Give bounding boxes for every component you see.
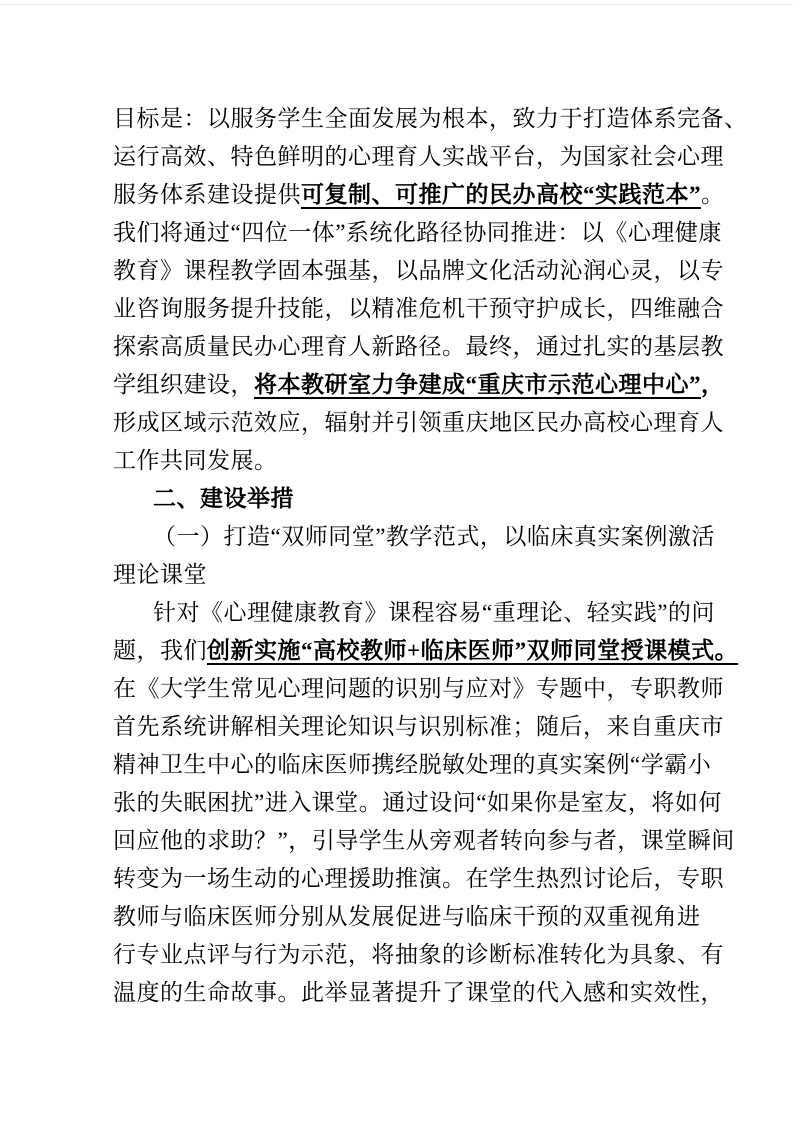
emphasis-segment: 将本教研室力争建成“重庆市示范心理中心”: [254, 372, 701, 397]
text-segment: （一）打造“双师同堂”教学范式，以临床真实案例激活: [153, 524, 715, 549]
text-segment: 。: [701, 182, 725, 207]
text-line: 我们将通过“四位一体”系统化路径协同推进：以《心理健康: [113, 214, 686, 252]
text-line: 形成区域示范效应，辐射并引领重庆地区民办高校心理育人: [113, 404, 686, 442]
text-segment: 业咨询服务提升技能，以精准危机干预守护成长，四维融合: [113, 296, 724, 321]
text-line: 业咨询服务提升技能，以精准危机干预守护成长，四维融合: [113, 290, 686, 328]
text-segment: 我们将通过“四位一体”系统化路径协同推进：以《心理健康: [113, 220, 722, 245]
document-page: 目标是：以服务学生全面发展为根本，致力于打造体系完备、运行高效、特色鲜明的心理育…: [0, 0, 793, 1122]
text-line: （一）打造“双师同堂”教学范式，以临床真实案例激活: [113, 518, 686, 556]
text-segment: 精神卫生中心的临床医师携经脱敏处理的真实案例“学霸小: [113, 752, 711, 777]
text-line: 探索高质量民办心理育人新路径。最终，通过扎实的基层教: [113, 328, 686, 366]
text-line: 在《大学生常见心理问题的识别与应对》专题中，专职教师: [113, 670, 686, 708]
text-line: 回应他的求助？”，引导学生从旁观者转向参与者，课堂瞬间: [113, 822, 686, 860]
text-line: 温度的生命故事。此举显著提升了课堂的代入感和实效性，: [113, 974, 686, 1012]
text-segment: 运行高效、特色鲜明的心理育人实战平台，为国家社会心理: [113, 144, 724, 169]
text-line: 学组织建设，将本教研室力争建成“重庆市示范心理中心”，: [113, 366, 686, 404]
text-segment: 转变为一场生动的心理援助推演。在学生热烈讨论后，专职: [113, 866, 724, 891]
text-line: 张的失眠困扰”进入课堂。通过设问“如果你是室友，将如何: [113, 784, 686, 822]
emphasis-segment: 可复制、可推广的民办高校“实践范本”: [301, 182, 701, 207]
paragraph-dual-teacher: 针对《心理健康教育》课程容易“重理论、轻实践”的问题，我们创新实施“高校教师+临…: [113, 594, 686, 1012]
text-segment: 探索高质量民办心理育人新路径。最终，通过扎实的基层教: [113, 334, 724, 359]
text-segment: 理论课堂: [113, 562, 207, 587]
heading-section-2: 二、建设举措: [113, 480, 686, 518]
subheading-2-1: （一）打造“双师同堂”教学范式，以临床真实案例激活理论课堂: [113, 518, 686, 594]
text-line: 转变为一场生动的心理援助推演。在学生热烈讨论后，专职: [113, 860, 686, 898]
text-line: 理论课堂: [113, 556, 686, 594]
text-line: 目标是：以服务学生全面发展为根本，致力于打造体系完备、: [113, 100, 686, 138]
text-segment: 在《大学生常见心理问题的识别与应对》专题中，专职教师: [113, 676, 724, 701]
paragraph-goals: 目标是：以服务学生全面发展为根本，致力于打造体系完备、运行高效、特色鲜明的心理育…: [113, 100, 686, 480]
emphasis-segment: 二、建设举措: [153, 486, 294, 511]
text-segment: 温度的生命故事。此举显著提升了课堂的代入感和实效性，: [113, 980, 724, 1005]
text-segment: 形成区域示范效应，辐射并引领重庆地区民办高校心理育人: [113, 410, 724, 435]
text-line: 行专业点评与行为示范，将抽象的诊断标准转化为具象、有: [113, 936, 686, 974]
text-line: 服务体系建设提供可复制、可推广的民办高校“实践范本”。: [113, 176, 686, 214]
text-line: 题，我们创新实施“高校教师+临床医师”双师同堂授课模式。: [113, 632, 686, 670]
text-line: 首先系统讲解相关理论知识与识别标准；随后，来自重庆市: [113, 708, 686, 746]
text-line: 工作共同发展。: [113, 442, 686, 480]
text-segment: 行专业点评与行为示范，将抽象的诊断标准转化为具象、有: [113, 942, 724, 967]
text-segment: 回应他的求助？”，引导学生从旁观者转向参与者，课堂瞬间: [113, 828, 735, 853]
emphasis-segment: 创新实施“高校教师+临床医师”双师同堂授课模式。: [207, 638, 738, 663]
text-line: 针对《心理健康教育》课程容易“重理论、轻实践”的问: [113, 594, 686, 632]
text-line: 精神卫生中心的临床医师携经脱敏处理的真实案例“学霸小: [113, 746, 686, 784]
page-top-edge: [0, 4, 793, 5]
text-line: 教育》课程教学固本强基，以品牌文化活动沁润心灵，以专: [113, 252, 686, 290]
text-segment: 教育》课程教学固本强基，以品牌文化活动沁润心灵，以专: [113, 258, 724, 283]
text-line: 二、建设举措: [113, 480, 686, 518]
text-segment: 首先系统讲解相关理论知识与识别标准；随后，来自重庆市: [113, 714, 724, 739]
text-segment: 学组织建设，: [113, 372, 254, 397]
text-segment: 服务体系建设提供: [113, 182, 301, 207]
text-line: 教师与临床医师分别从发展促进与临床干预的双重视角进: [113, 898, 686, 936]
text-segment: 工作共同发展。: [113, 448, 278, 473]
document-content: 目标是：以服务学生全面发展为根本，致力于打造体系完备、运行高效、特色鲜明的心理育…: [113, 100, 686, 1012]
text-segment: 教师与临床医师分别从发展促进与临床干预的双重视角进: [113, 904, 701, 929]
text-segment: 题，我们: [113, 638, 207, 663]
emphasis-segment: ，: [701, 372, 725, 397]
text-segment: 张的失眠困扰”进入课堂。通过设问“如果你是室友，将如何: [113, 790, 722, 815]
text-segment: 目标是：以服务学生全面发展为根本，致力于打造体系完备、: [113, 106, 748, 131]
text-line: 运行高效、特色鲜明的心理育人实战平台，为国家社会心理: [113, 138, 686, 176]
text-segment: 针对《心理健康教育》课程容易“重理论、轻实践”的问: [153, 600, 715, 625]
